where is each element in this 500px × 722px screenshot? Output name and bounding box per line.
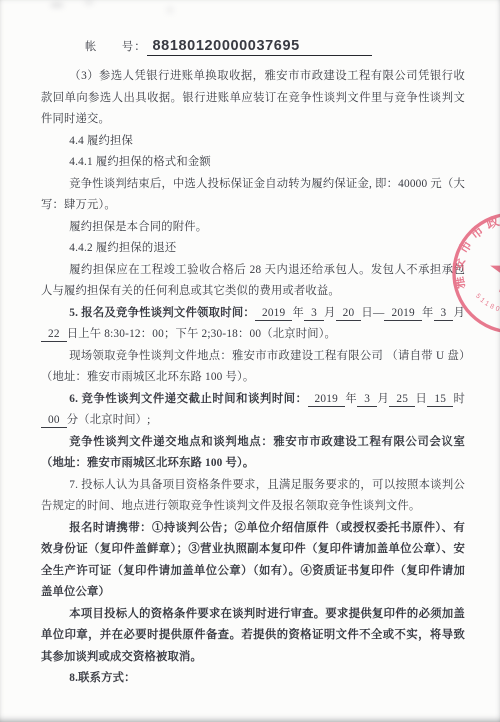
text-run-minute: 分（北京时间）; (67, 414, 151, 426)
text-run-month: 月 (324, 307, 336, 319)
paragraph-guarantee-amount: 竞争性谈判结束后，中选人投标保证金自动转为履约保证金, 即：40000 元（大写… (41, 174, 465, 217)
account-label: 帐 号： (85, 41, 147, 53)
blank-day-2: 22 (41, 328, 67, 342)
document-body: 帐 号：88180120000037695 （3）参选人凭银行进账单换取收据，雅… (41, 34, 465, 690)
blank-year: 2019 (308, 393, 345, 407)
text-run-hour: 时 (453, 393, 465, 405)
blank-month: 3 (357, 393, 377, 407)
blank-year-1: 2019 (255, 307, 292, 321)
blank-hour: 15 (427, 393, 453, 407)
company-seal-stamp: 雅安市市政建设工程有限公司 511802502 (440, 200, 500, 346)
section-5-label: 5. 报名及竞争性谈判文件领取时间： (69, 307, 255, 319)
blank-year-2: 2019 (384, 307, 421, 321)
paragraph-submission-negotiation-location: 竞争性谈判文件递交地点和谈判地点：雅安市市政建设工程有限公司会议室（地址：雅安市… (41, 432, 465, 475)
account-number-value: 88180120000037695 (147, 38, 372, 56)
paragraph-registration-required-items: 报名时请携带：①持谈判公告；②单位介绍信原件（或授权委托书原件）、有效身份证（复… (41, 518, 465, 604)
scan-artifact (166, 6, 174, 14)
section-6-label: 6. 竞争性谈判文件递交截止时间和谈判时间： (69, 393, 307, 405)
text-run-day: 日 (415, 393, 427, 405)
paragraph-guarantee-refund-terms: 履约担保应在工程竣工验收合格后 28 天内退还给承包人。发包人不承担承包人与履约… (41, 260, 465, 303)
seal-company-name: 雅安市市政建设工程有限公司 (440, 200, 500, 290)
text-run-year: 年 (345, 393, 357, 405)
scanned-document-page: 帐 号：88180120000037695 （3）参选人凭银行进账单换取收据，雅… (0, 0, 500, 722)
heading-4-4-performance-guarantee: 4.4 履约担保 (41, 131, 465, 153)
text-run-day-dash: 日— (361, 307, 384, 319)
paragraph-onsite-pickup-location: 现场领取竞争性谈判文件地点：雅安市市政建设工程有限公司 （请自带 U 盘）（地址… (41, 346, 465, 389)
svg-text:雅安市市政建设工程有限公司: 雅安市市政建设工程有限公司 (440, 200, 500, 290)
seal-serial-number: 511802502 (474, 293, 500, 316)
text-run-hours: 日上午 8:30-12：00；下午 2;30-18：00（北京时间）。 (67, 328, 336, 340)
blank-day-1: 20 (336, 307, 362, 321)
paragraph-qualification-review: 本项目投标人的资格条件要求在谈判时进行审查。要求提供复印件的必须加盖单位印章，并… (41, 604, 465, 669)
blank-month-1: 3 (304, 307, 324, 321)
heading-4-4-1-format-amount: 4.4.1 履约担保的格式和金额 (41, 152, 465, 174)
blank-day: 25 (389, 393, 415, 407)
blank-minute: 00 (41, 414, 67, 428)
heading-8-contact-info: 8.联系方式： (41, 668, 465, 690)
paragraph-7-bidder-qualification: 7. 投标人认为具备项目资格条件要求，且满足服务要求的，可以按照本谈判公告规定的… (41, 475, 465, 518)
account-number-line: 帐 号：88180120000037695 (85, 34, 465, 60)
text-run-month: 月 (377, 393, 389, 405)
scan-artifact (50, 2, 64, 8)
text-run-year: 年 (422, 307, 434, 319)
paragraph-guarantee-attachment: 履约担保是本合同的附件。 (41, 217, 465, 239)
seal-star-icon (490, 249, 500, 292)
paragraph-5-document-pickup-time: 5. 报名及竞争性谈判文件领取时间：2019年3月20日—2019年3月22日上… (41, 303, 465, 346)
paragraph-6-submission-deadline: 6. 竞争性谈判文件递交截止时间和谈判时间：2019年3月25日15时00分（北… (41, 389, 465, 432)
heading-4-4-2-guarantee-refund: 4.4.2 履约担保的退还 (41, 238, 465, 260)
paragraph-bank-receipt: （3）参选人凭银行进账单换取收据，雅安市市政建设工程有限公司凭银行收款回单向参选… (41, 66, 465, 131)
svg-text:511802502: 511802502 (474, 293, 500, 316)
scan-artifact (84, 0, 94, 5)
text-run-year: 年 (292, 307, 304, 319)
